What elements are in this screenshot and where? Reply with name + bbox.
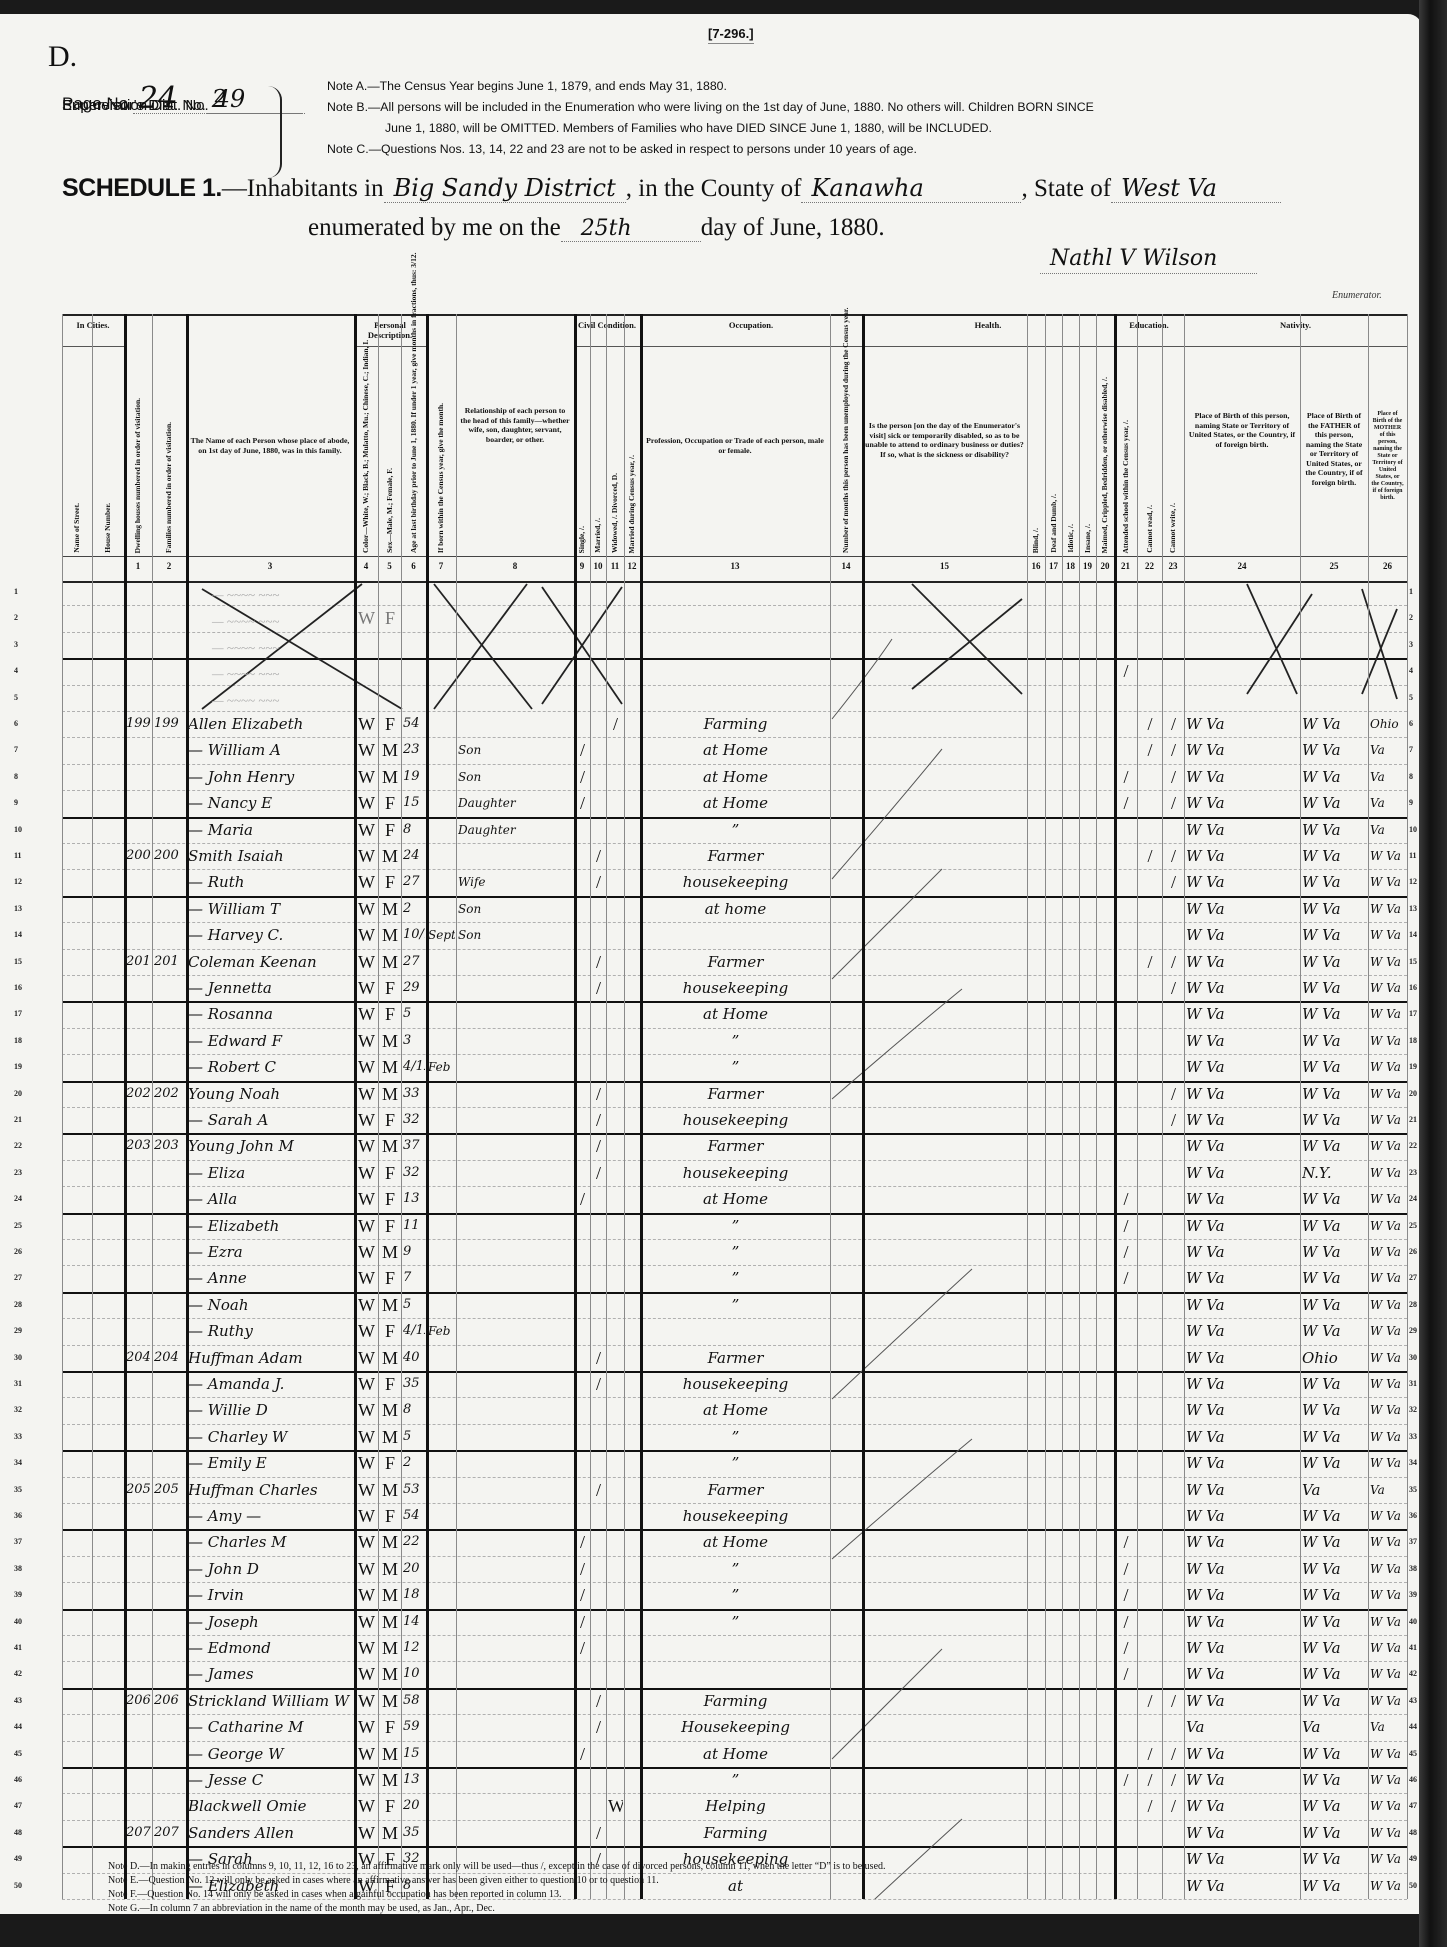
cell-mother: W Va: [1370, 1875, 1406, 1897]
cell-sex: F: [380, 1795, 400, 1817]
table-row: 2121— Sarah AWF32/housekeeping/W VaW VaW…: [62, 1107, 1407, 1135]
cell-age: 8: [403, 1399, 425, 1421]
line-number: 15: [1409, 957, 1417, 966]
enumeration-day: 25th: [561, 216, 701, 242]
cell-mother: Va: [1370, 1716, 1406, 1738]
enumeration-label: Enumeration Dist. No.: [62, 97, 209, 114]
group-header-rule: [62, 346, 124, 347]
cell-color: W: [356, 1558, 377, 1580]
cell-name: — Ezra: [188, 1241, 353, 1263]
line-number: 1: [14, 587, 18, 596]
cell-name: Huffman Charles: [188, 1479, 353, 1501]
line-number: 41: [1409, 1643, 1417, 1652]
table-row: 2828— NoahWM5”W VaW VaW Va: [62, 1292, 1407, 1319]
cell-father: W Va: [1302, 1611, 1367, 1633]
cell-read: /: [1139, 713, 1161, 735]
cell-father: W Va: [1302, 951, 1367, 973]
cell-father: W Va: [1302, 1426, 1367, 1448]
cell-school: /: [1116, 1531, 1136, 1553]
cell-color: W: [356, 1611, 377, 1633]
column-header-c21: Attended school within the Census year, …: [1121, 420, 1130, 553]
cell-father: W Va: [1302, 871, 1367, 893]
cell-mother: W Va: [1370, 1743, 1406, 1765]
enumerated-label: enumerated by me on the: [308, 214, 561, 242]
line-number: 31: [14, 1379, 22, 1388]
cell-mother: Va: [1370, 766, 1406, 788]
cell-mother: W Va: [1370, 1373, 1406, 1395]
cell-birth: W Va: [1186, 1003, 1299, 1025]
cell-mother: W Va: [1370, 1003, 1406, 1025]
cell-mother: W Va: [1370, 1505, 1406, 1527]
cell-rel: Son: [458, 739, 573, 761]
cell-mother: W Va: [1370, 1584, 1406, 1606]
cell-age: 3: [403, 1030, 425, 1052]
cell-school: /: [1116, 1769, 1136, 1791]
cell-color: W: [356, 792, 377, 814]
table-row: 55: [62, 685, 1407, 712]
table-row: 2929— RuthyWF4/12FebW VaW VaW Va: [62, 1318, 1407, 1345]
cell-write: /: [1164, 1743, 1183, 1765]
line-number: 32: [1409, 1405, 1417, 1414]
cell-birth: W Va: [1186, 924, 1299, 946]
cell-occ: ”: [642, 1241, 829, 1263]
cell-mother: W Va: [1370, 1135, 1406, 1157]
table-row: 1212— RuthWF27Wife/housekeeping/W VaW Va…: [62, 869, 1407, 897]
line-number: 17: [1409, 1009, 1417, 1018]
line-number: 50: [14, 1881, 22, 1890]
column-number: 1: [124, 561, 152, 571]
district-value: Big Sandy District: [384, 174, 626, 203]
inhabitants-label: —Inhabitants in: [222, 175, 384, 203]
column-number: 10: [590, 561, 606, 571]
table-row: 3535205205Huffman CharlesWM53/FarmerW Va…: [62, 1477, 1407, 1504]
line-number: 28: [1409, 1300, 1417, 1309]
line-number: 37: [14, 1537, 22, 1546]
cell-read: /: [1139, 1690, 1161, 1712]
cell-color: W: [356, 1083, 377, 1105]
cell-mother: Va: [1370, 792, 1406, 814]
cell-month: Feb: [428, 1320, 455, 1342]
cell-name: — Noah: [188, 1294, 353, 1316]
column-header-c23: Cannot write, /.: [1168, 503, 1177, 553]
note-a: Note A.—The Census Year begins June 1, 1…: [327, 76, 1094, 97]
cell-birth: W Va: [1186, 1690, 1299, 1712]
cell-father: W Va: [1302, 766, 1367, 788]
column-number: 18: [1062, 561, 1079, 571]
line-number: 16: [1409, 983, 1417, 992]
cell-father: W Va: [1302, 845, 1367, 867]
cell-sex: M: [380, 1690, 400, 1712]
column-number: 20: [1096, 561, 1114, 571]
cell-occ: Farmer: [642, 1479, 829, 1501]
cell-age: 9: [403, 1241, 425, 1263]
table-row: 3434— Emily EWF2”W VaW VaW Va: [62, 1450, 1407, 1477]
cell-name: — Edmond: [188, 1637, 353, 1659]
cell-write: /: [1164, 1795, 1183, 1817]
line-number: 14: [1409, 930, 1417, 939]
cell-age: 59: [403, 1716, 425, 1738]
line-number: 2: [14, 613, 18, 622]
cell-birth: W Va: [1186, 1083, 1299, 1105]
column-header-c18: Idiotic, /.: [1066, 524, 1075, 553]
form-letter: D.: [48, 40, 77, 74]
cell-name: — Charley W: [188, 1426, 353, 1448]
cell-occ: Helping: [642, 1795, 829, 1817]
cell-sex: F: [380, 792, 400, 814]
cell-school: /: [1116, 1611, 1136, 1633]
column-rule: [1079, 314, 1080, 1899]
cell-age: 13: [403, 1769, 425, 1791]
cell-name: — Willie D: [188, 1399, 353, 1421]
line-number: 22: [1409, 1141, 1417, 1150]
cell-mother: Ohio: [1370, 713, 1406, 735]
cell-married: /: [592, 1083, 605, 1105]
notes-top: Note A.—The Census Year begins June 1, 1…: [327, 76, 1094, 160]
column-number: 7: [426, 561, 456, 571]
cell-name: — Ruthy: [188, 1320, 353, 1342]
cell-mother: W Va: [1370, 1109, 1406, 1131]
cell-write: /: [1164, 1769, 1183, 1791]
cell-name: — Anne: [188, 1267, 353, 1289]
cell-mother: W Va: [1370, 1320, 1406, 1342]
column-number: 8: [456, 561, 574, 571]
line-number: 50: [1409, 1881, 1417, 1890]
census-page: D. [7-296.] Page No. 24 Supervisor's Dis…: [0, 14, 1422, 1914]
cell-mother: Va: [1370, 739, 1406, 761]
column-number: 22: [1137, 561, 1162, 571]
cell-sex: M: [380, 1637, 400, 1659]
cell-occ: at Home: [642, 1531, 829, 1553]
county-value: Kanawha: [801, 174, 1021, 203]
cell-mother: W Va: [1370, 1215, 1406, 1237]
column-rule: [624, 314, 625, 1899]
cell-father: W Va: [1302, 1690, 1367, 1712]
cell-sex: F: [380, 1003, 400, 1025]
cell-birth: W Va: [1186, 1822, 1299, 1844]
cell-sex: M: [380, 1083, 400, 1105]
column-rule: [1368, 314, 1369, 1899]
cell-mother: W Va: [1370, 1162, 1406, 1184]
table-row: 2020202202Young NoahWM33/Farmer/W VaW Va…: [62, 1081, 1407, 1108]
cell-father: N.Y.: [1302, 1162, 1367, 1184]
cell-age: 2: [403, 898, 425, 920]
cell-age: 13: [403, 1188, 425, 1210]
cell-mother: W Va: [1370, 1267, 1406, 1289]
cell-single: /: [576, 1584, 589, 1606]
cell-sex: M: [380, 766, 400, 788]
cell-birth: W Va: [1186, 1267, 1299, 1289]
cell-dw: 203: [126, 1135, 151, 1157]
column-rule: [1300, 314, 1301, 1899]
cell-dw: 207: [126, 1822, 151, 1844]
cell-read: /: [1139, 845, 1161, 867]
cell-occ: housekeeping: [642, 1373, 829, 1395]
line-number: 48: [14, 1828, 22, 1837]
column-rule: [606, 314, 607, 1899]
cell-color: W: [356, 1743, 377, 1765]
table-row: 33: [62, 632, 1407, 660]
line-number: 3: [14, 640, 18, 649]
table-header: In Cities.Personal Description.Civil Con…: [62, 314, 1407, 583]
column-number: 13: [640, 561, 830, 571]
line-number: 33: [1409, 1432, 1417, 1441]
cell-mother: W Va: [1370, 1531, 1406, 1553]
cell-age: 4/12: [403, 1056, 425, 1078]
cell-single: /: [576, 766, 589, 788]
cell-birth: W Va: [1186, 951, 1299, 973]
cell-name: Sanders Allen: [188, 1822, 353, 1844]
cell-mother: W Va: [1370, 977, 1406, 999]
cell-name: — Robert C: [188, 1056, 353, 1078]
column-rule: [426, 314, 429, 1899]
line-number: 15: [14, 957, 22, 966]
cell-father: W Va: [1302, 1109, 1367, 1131]
cell-age: 40: [403, 1347, 425, 1369]
cell-sex: F: [380, 607, 400, 629]
cell-age: 53: [403, 1479, 425, 1501]
cell-fam: 205: [154, 1479, 185, 1501]
note-b-cont: June 1, 1880, will be OMITTED. Members o…: [327, 118, 1094, 139]
table-row: 2222203203Young John MWM37/FarmerW VaW V…: [62, 1133, 1407, 1160]
cell-birth: W Va: [1186, 871, 1299, 893]
cell-write: /: [1164, 1083, 1183, 1105]
line-number: 13: [1409, 904, 1417, 913]
cell-name: Smith Isaiah: [188, 845, 353, 867]
cell-sex: F: [380, 1215, 400, 1237]
line-number: 7: [1409, 745, 1413, 754]
cell-occ: ”: [642, 1267, 829, 1289]
cell-age: 10/12: [403, 924, 425, 946]
line-number: 40: [1409, 1617, 1417, 1626]
cell-read: /: [1139, 1795, 1161, 1817]
notes-bottom: Note D.—In making entries in columns 9, …: [108, 1860, 886, 1916]
cell-color: W: [356, 713, 377, 735]
line-number: 19: [1409, 1062, 1417, 1071]
cell-birth: W Va: [1186, 766, 1299, 788]
line-number: 38: [1409, 1564, 1417, 1573]
cell-age: 11: [403, 1215, 425, 1237]
cell-sex: M: [380, 1056, 400, 1078]
cell-write: /: [1164, 845, 1183, 867]
cell-sex: F: [380, 977, 400, 999]
cell-sex: M: [380, 924, 400, 946]
table-row: 2323— ElizaWF32/housekeepingW VaN.Y.W Va: [62, 1160, 1407, 1187]
line-number: 14: [14, 930, 22, 939]
cell-father: Va: [1302, 1716, 1367, 1738]
cell-occ: Farming: [642, 1690, 829, 1712]
line-number: 45: [14, 1749, 22, 1758]
cell-mother: Va: [1370, 1479, 1406, 1501]
line-number: 8: [1409, 772, 1413, 781]
line-number: 29: [1409, 1326, 1417, 1335]
line-number: 34: [14, 1458, 22, 1467]
column-rule: [152, 314, 153, 1899]
group-header-health: Health.: [862, 320, 1114, 330]
cell-color: W: [356, 1663, 377, 1685]
cell-occ: Housekeeping: [642, 1716, 829, 1738]
note-g: Note G.—In column 7 an abbreviation in t…: [108, 1902, 886, 1916]
cell-occ: Farmer: [642, 1347, 829, 1369]
cell-color: W: [356, 739, 377, 761]
cell-name: Allen Elizabeth: [188, 713, 353, 735]
cell-sex: M: [380, 1743, 400, 1765]
table-row: 1515201201Coleman KeenanWM27/Farmer//W V…: [62, 949, 1407, 976]
cell-age: 54: [403, 1505, 425, 1527]
cell-occ: ”: [642, 819, 829, 841]
cell-color: W: [356, 1795, 377, 1817]
cell-married: /: [592, 1716, 605, 1738]
cell-mother: W Va: [1370, 1188, 1406, 1210]
cell-mother: W Va: [1370, 845, 1406, 867]
cell-sex: M: [380, 1479, 400, 1501]
cell-dw: 202: [126, 1083, 151, 1105]
cell-mother: W Va: [1370, 1848, 1406, 1870]
line-number: 42: [14, 1669, 22, 1678]
cell-birth: Va: [1186, 1716, 1299, 1738]
cell-write: /: [1164, 766, 1183, 788]
column-header-c2: Families numbered in order of visitation…: [164, 422, 173, 553]
line-number: 13: [14, 904, 22, 913]
cell-father: W Va: [1302, 977, 1367, 999]
column-rule: [1184, 314, 1185, 1899]
cell-school: /: [1116, 1241, 1136, 1263]
cell-dw: 200: [126, 845, 151, 867]
line-number: 45: [1409, 1749, 1417, 1758]
cell-age: 24: [403, 845, 425, 867]
cell-sex: M: [380, 1135, 400, 1157]
column-rule: [830, 314, 831, 1899]
brace-divider: [268, 86, 282, 178]
cell-birth: W Va: [1186, 1558, 1299, 1580]
cell-mother: W Va: [1370, 1294, 1406, 1316]
column-number: 6: [401, 561, 426, 571]
cell-married: /: [592, 871, 605, 893]
cell-father: W Va: [1302, 713, 1367, 735]
column-number: 16: [1027, 561, 1045, 571]
cell-father: W Va: [1302, 739, 1367, 761]
column-header-c8: Relationship of each person to the head …: [459, 406, 571, 444]
column-number: 14: [830, 561, 862, 571]
line-number: 21: [1409, 1115, 1417, 1124]
cell-name: — Jennetta: [188, 977, 353, 999]
cell-school: /: [1116, 1267, 1136, 1289]
table-row: 4545— George WWM15/at Home//W VaW VaW Va: [62, 1741, 1407, 1769]
cell-father: W Va: [1302, 924, 1367, 946]
line-number: 10: [14, 825, 22, 834]
cell-occ: Farmer: [642, 1083, 829, 1105]
table-row: 44/: [62, 658, 1407, 685]
cell-occ: at Home: [642, 739, 829, 761]
cell-birth: W Va: [1186, 1162, 1299, 1184]
cell-married: /: [592, 1162, 605, 1184]
column-number: 5: [378, 561, 401, 571]
cell-birth: W Va: [1186, 1769, 1299, 1791]
cell-write: /: [1164, 739, 1183, 761]
column-rule: [401, 314, 402, 1899]
line-number: 5: [1409, 693, 1413, 702]
line-number: 3: [1409, 640, 1413, 649]
cell-name: — Sarah A: [188, 1109, 353, 1131]
cell-color: W: [356, 1716, 377, 1738]
schedule-title: SCHEDULE 1.: [62, 174, 222, 203]
cell-widowed: W: [608, 1795, 623, 1817]
cell-name: — James: [188, 1663, 353, 1685]
line-number: 26: [14, 1247, 22, 1256]
line-number: 41: [14, 1643, 22, 1652]
cell-sex: M: [380, 1584, 400, 1606]
cell-birth: W Va: [1186, 792, 1299, 814]
column-header-c9: Single, /.: [577, 526, 586, 553]
cell-write: /: [1164, 951, 1183, 973]
cell-birth: W Va: [1186, 1030, 1299, 1052]
table-row: 4141— EdmondWM12//W VaW VaW Va: [62, 1635, 1407, 1662]
column-header-c7: If born within the Census year, give the…: [436, 403, 445, 553]
cell-occ: Farmer: [642, 845, 829, 867]
line-number: 1: [1409, 587, 1413, 596]
cell-color: W: [356, 871, 377, 893]
column-rule: [1096, 314, 1097, 1899]
cell-occ: ”: [642, 1769, 829, 1791]
cell-age: 23: [403, 739, 425, 761]
line-number: 17: [14, 1009, 22, 1018]
line-number: 32: [14, 1405, 22, 1414]
column-number: 23: [1162, 561, 1184, 571]
cell-color: W: [356, 977, 377, 999]
cell-father: Ohio: [1302, 1347, 1367, 1369]
cell-occ: ”: [642, 1558, 829, 1580]
cell-married: /: [592, 1479, 605, 1501]
cell-school: /: [1116, 1558, 1136, 1580]
table-row: 22WF: [62, 605, 1407, 632]
cell-father: W Va: [1302, 1531, 1367, 1553]
cell-color: W: [356, 924, 377, 946]
group-header-rule: [862, 346, 1114, 347]
cell-father: Va: [1302, 1479, 1367, 1501]
cell-father: W Va: [1302, 1241, 1367, 1263]
cell-rel: Son: [458, 924, 573, 946]
line-number: 20: [1409, 1089, 1417, 1098]
cell-occ: at Home: [642, 792, 829, 814]
cell-birth: W Va: [1186, 1584, 1299, 1606]
cell-sex: M: [380, 951, 400, 973]
line-number: 6: [1409, 719, 1413, 728]
cell-father: W Va: [1302, 1743, 1367, 1765]
cell-color: W: [356, 1822, 377, 1844]
cell-write: /: [1164, 871, 1183, 893]
cell-sex: F: [380, 1716, 400, 1738]
cell-age: 32: [403, 1162, 425, 1184]
cell-birth: W Va: [1186, 845, 1299, 867]
cell-fam: 200: [154, 845, 185, 867]
cell-occ: Farmer: [642, 1135, 829, 1157]
cell-mother: W Va: [1370, 1795, 1406, 1817]
column-rule: [354, 314, 357, 1899]
cell-name: — Maria: [188, 819, 353, 841]
cell-mother: W Va: [1370, 1769, 1406, 1791]
line-number: 46: [1409, 1775, 1417, 1784]
cell-name: Coleman Keenan: [188, 951, 353, 973]
cell-birth: W Va: [1186, 1294, 1299, 1316]
book-binding: [1419, 0, 1447, 1947]
line-number: 26: [1409, 1247, 1417, 1256]
column-number: 26: [1368, 561, 1407, 571]
schedule-line: SCHEDULE 1. —Inhabitants in Big Sandy Di…: [62, 174, 1281, 203]
cell-occ: Farming: [642, 1822, 829, 1844]
line-number: 23: [14, 1168, 22, 1177]
group-header-rule: [640, 346, 862, 347]
cell-single: /: [576, 1611, 589, 1633]
cell-name: — Ruth: [188, 871, 353, 893]
